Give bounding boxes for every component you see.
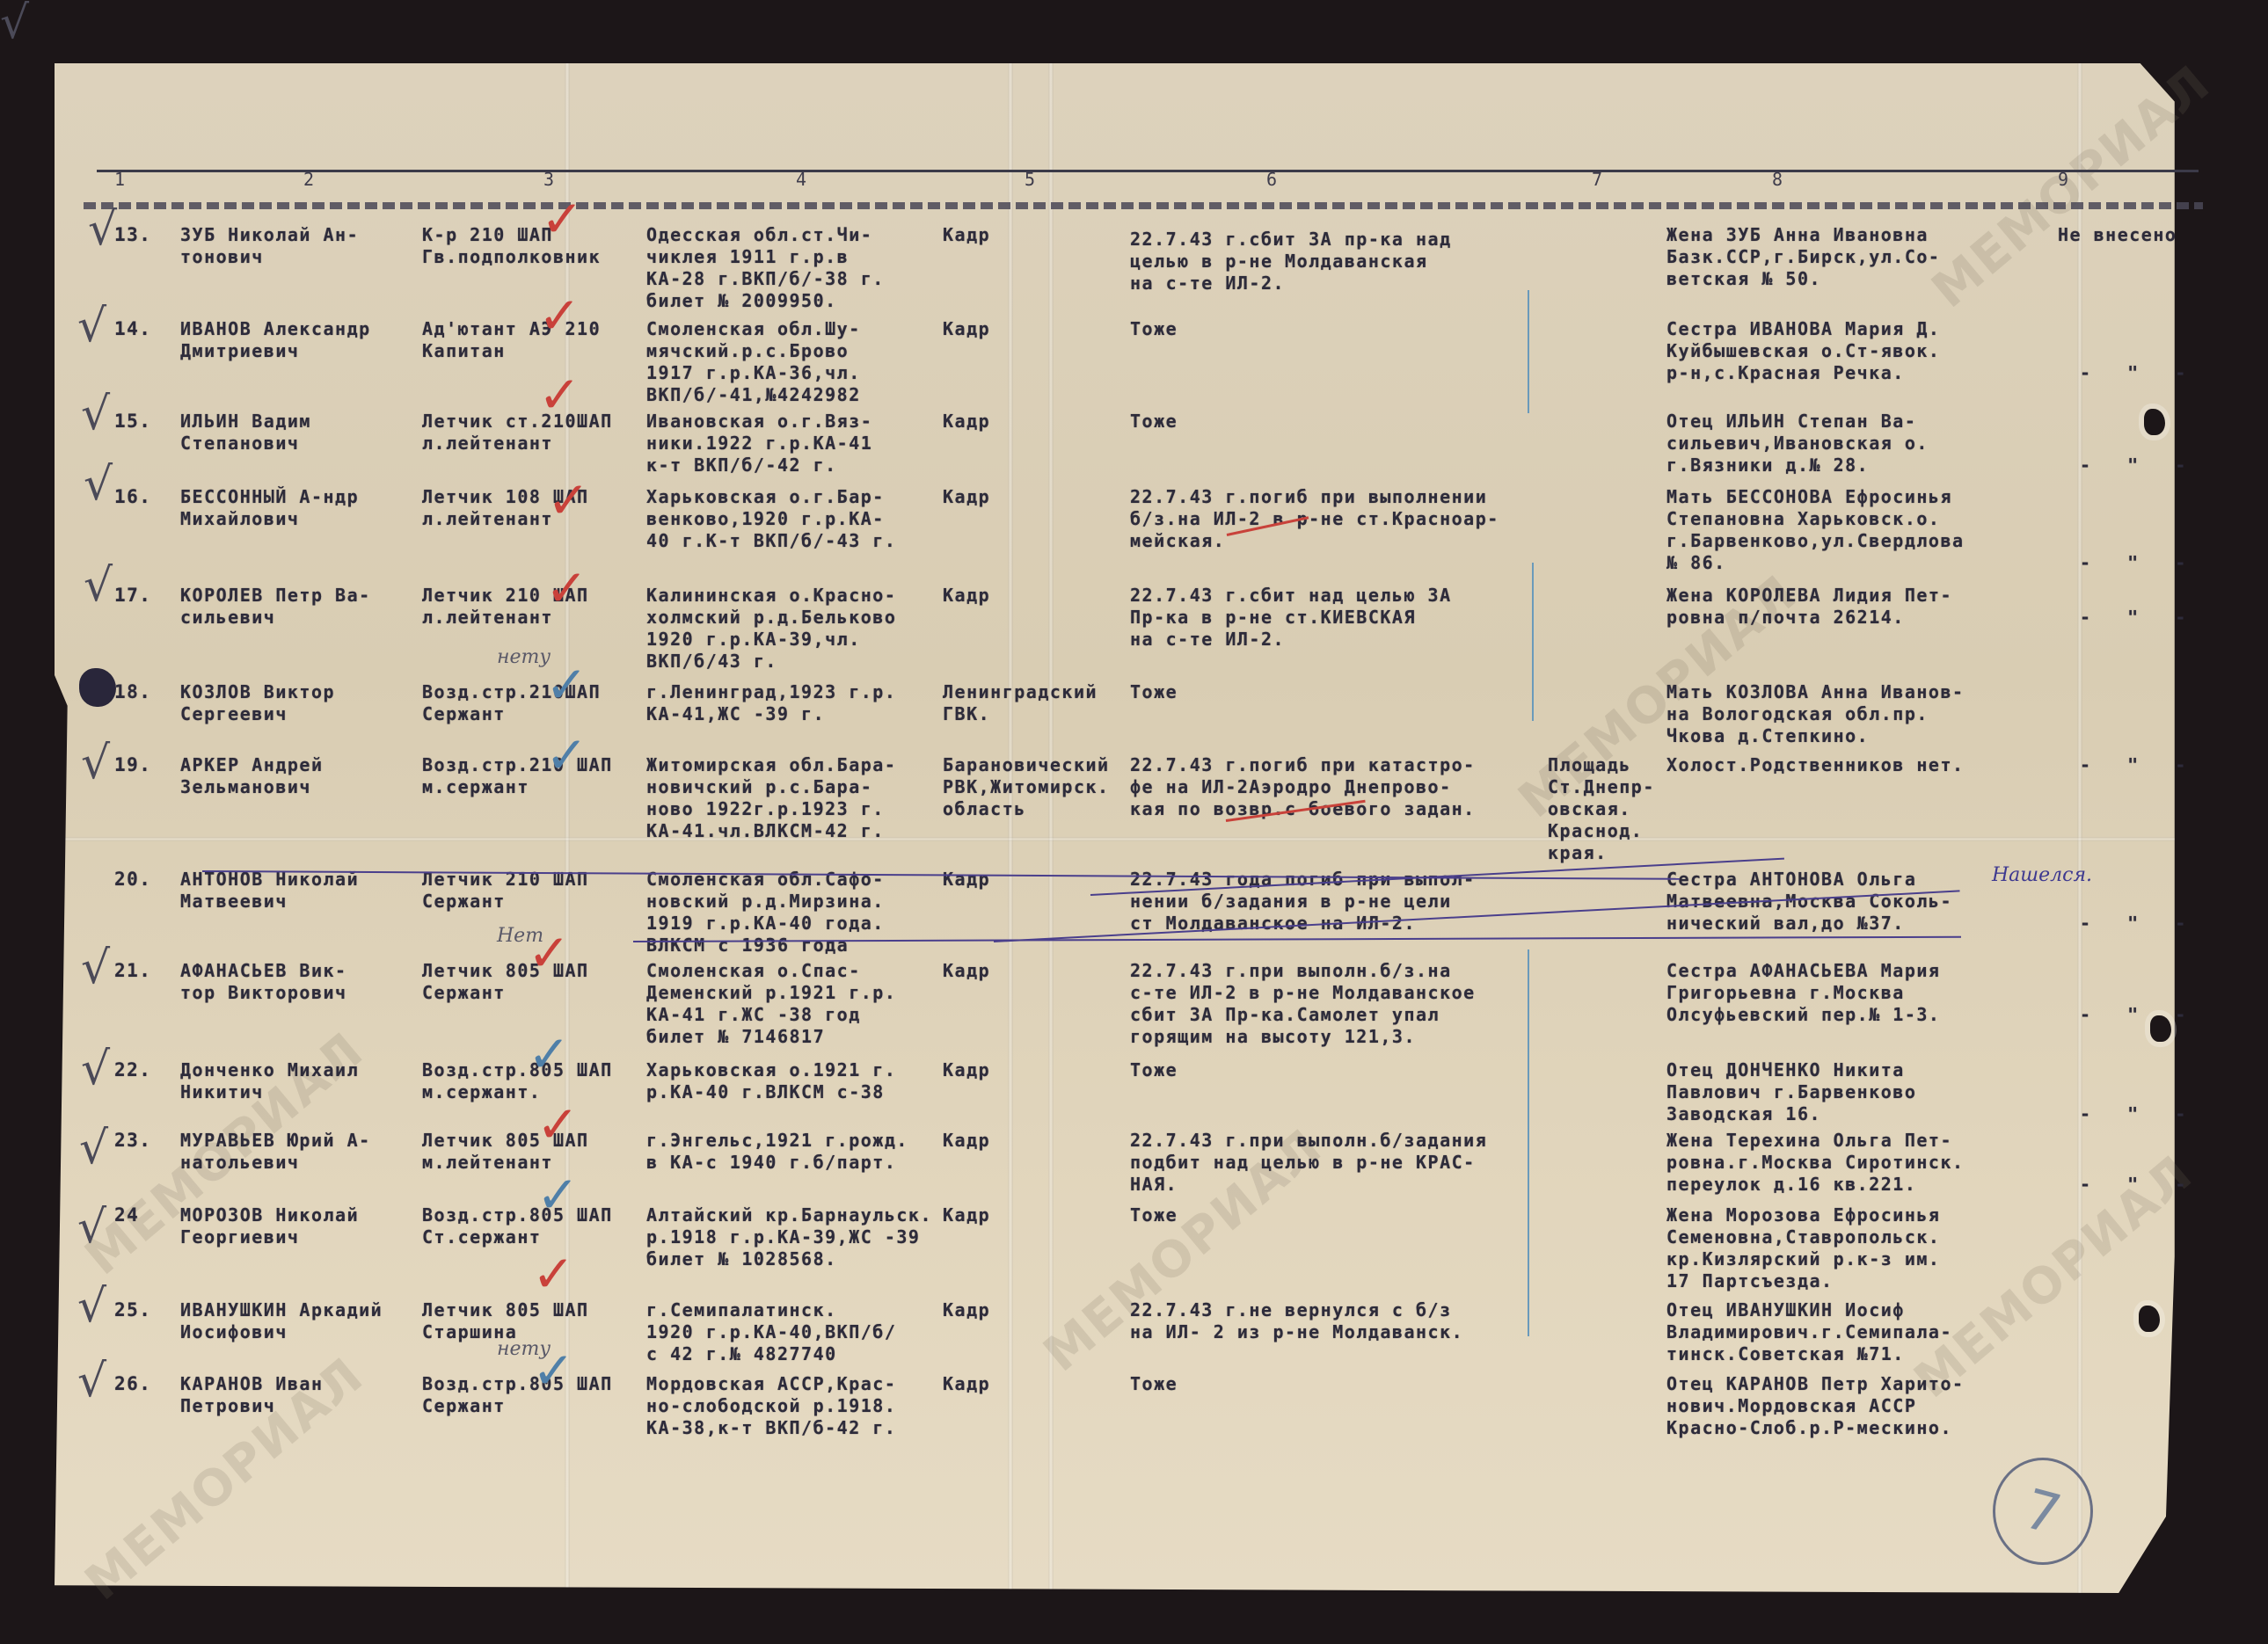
next-of-kin: Жена ЗУБ Анна Ивановна Базк.ССР,г.Бирск,… (1666, 224, 1940, 290)
row-number: 20. (114, 869, 151, 891)
conscription-source: Кадр (943, 1130, 990, 1152)
conscription-source: Барановический РВК,Житомирск. область (943, 754, 1110, 820)
person-name: КОРОЛЕВ Петр Ва- сильевич (180, 585, 371, 629)
row-number: 19. (114, 754, 151, 776)
entered-status: - " - (2080, 362, 2187, 384)
person-name: КОЗЛОВ Виктор Сергеевич (180, 681, 335, 725)
row-number: 18. (114, 681, 151, 703)
blue-check-mark: ✓ (528, 1029, 571, 1080)
person-name: АРКЕР Андрей Зельманович (180, 754, 324, 798)
rank-unit: Возд.стр.805 ШАП Сержант (422, 1373, 613, 1417)
birth-party-info: Харьковская о.г.Бар- венково,1920 г.р.КА… (646, 486, 896, 552)
rank-unit: Летчик 210 ШАП Сержант (422, 869, 589, 913)
entered-status: - " - (2080, 754, 2187, 776)
conscription-source: Кадр (943, 224, 990, 246)
handwritten-note: нету (497, 1338, 551, 1360)
birth-party-info: Алтайский кр.Барнаульск. р.1918 г.р.КА-3… (646, 1204, 932, 1270)
rank-unit: Летчик ст.210ШАП л.лейтенант (422, 411, 613, 455)
row-number: 23. (114, 1130, 151, 1152)
pen-check-mark: √ (77, 303, 106, 349)
header-dash-rule (84, 202, 2203, 209)
ink-blot (79, 668, 116, 707)
next-of-kin: Мать БЕССОНОВА Ефросинья Степановна Харь… (1666, 486, 1965, 574)
entered-status: - " - (2080, 455, 2187, 476)
punch-hole (2139, 1306, 2160, 1332)
birth-party-info: Смоленская обл.Шу- мячский.р.с.Брово 191… (646, 318, 861, 406)
rank-unit: Возд.стр.805 ШАП Ст.сержант (422, 1204, 613, 1248)
handwritten-note: нету (497, 646, 551, 668)
rank-unit: Возд.стр.805 ШАП м.сержант. (422, 1059, 613, 1103)
birth-party-info: Калининская о.Красно- холмский р.д.Бельк… (646, 585, 896, 673)
column-number: 4 (796, 169, 806, 190)
loss-circumstances: 22.7.43 г.сбит над целью ЗА Пр-ка в р-не… (1130, 585, 1452, 651)
next-of-kin: Отец ИЛЬИН Степан Ва- сильевич,Ивановска… (1666, 411, 1929, 476)
birth-party-info: г.Ленинград,1923 г.р. КА-41,ЖС -39 г. (646, 681, 896, 725)
loss-circumstances: 22.7.43 г.погиб при выполнении б/з.на ИЛ… (1130, 486, 1499, 552)
conscription-source: Кадр (943, 869, 990, 891)
entered-status: - " - (2080, 1174, 2187, 1196)
pen-check-mark: √ (77, 1358, 106, 1404)
column-number: 3 (543, 169, 554, 190)
loss-circumstances: Тоже (1130, 1204, 1178, 1226)
stamp-number: 7 (2017, 1476, 2067, 1547)
next-of-kin: Жена КОРОЛЕВА Лидия Пет- ровна п/почта 2… (1666, 585, 1952, 629)
red-check-mark: ✓ (547, 475, 590, 526)
next-of-kin: Сестра ИВАНОВА Мария Д. Куйбышевская о.С… (1666, 318, 1940, 384)
next-of-kin: Отец КАРАНОВ Петр Харито- нович.Мордовск… (1666, 1373, 1965, 1439)
column-number: 7 (1592, 169, 1602, 190)
next-of-kin: Жена Терехина Ольга Пет- ровна.г.Москва … (1666, 1130, 1965, 1196)
person-name: АНТОНОВ Николай Матвеевич (180, 869, 359, 913)
birth-party-info: Мордовская АССР,Крас- но-слободской р.19… (646, 1373, 896, 1439)
conscription-source: Кадр (943, 486, 990, 508)
pen-check-mark: √ (88, 207, 117, 252)
loss-circumstances: 22.7.43 г.при выполн.б/задания подбит на… (1130, 1130, 1487, 1196)
person-name: ИВАНУШКИН Аркадий Иосифович (180, 1299, 383, 1343)
birth-party-info: Смоленская о.Спас- Деменский р.1921 г.р.… (646, 960, 896, 1048)
entered-status: - " - (2080, 552, 2187, 574)
birth-party-info: Ивановская о.г.Вяз- ники.1922 г.р.КА-41 … (646, 411, 872, 476)
row-number: 26. (114, 1373, 151, 1395)
column-number: 5 (1025, 169, 1035, 190)
column-number: 8 (1772, 169, 1783, 190)
burial-place: Площадь Ст.Днепр- овская. Краснод. края. (1548, 754, 1655, 864)
red-check-mark: ✓ (538, 369, 581, 420)
person-name: МУРАВЬЕВ Юрий А- натольевич (180, 1130, 371, 1174)
fold-line (1008, 63, 1013, 1593)
red-check-mark: ✓ (541, 193, 584, 244)
conscription-source: Кадр (943, 585, 990, 607)
row-number: 25. (114, 1299, 151, 1321)
entered-status: Не внесено (2058, 224, 2177, 246)
birth-party-info: Смоленская обл.Сафо- новский р.д.Мирзина… (646, 869, 885, 957)
person-name: МОРОЗОВ Николай Георгиевич (180, 1204, 359, 1248)
rank-unit: Летчик 805 ШАП Старшина (422, 1299, 589, 1343)
pen-check-mark: √ (84, 462, 113, 507)
row-number: 21. (114, 960, 151, 982)
red-check-mark: ✓ (545, 563, 588, 614)
person-name: ИВАНОВ Александр Дмитриевич (180, 318, 371, 362)
red-check-mark: ✓ (532, 1248, 575, 1299)
birth-party-info: г.Семипалатинск. 1920 г.р.КА-40,ВКП/б/ с… (646, 1299, 896, 1365)
blue-check-mark: ✓ (545, 730, 588, 781)
loss-circumstances: 22.7.43 г.сбит ЗА пр-ка над целью в р-не… (1130, 229, 1452, 295)
conscription-source: Кадр (943, 318, 990, 340)
row-number: 17. (114, 585, 151, 607)
pen-check-mark: √ (77, 1284, 106, 1329)
pen-check-mark: √ (79, 1125, 108, 1171)
archive-page-stamp: 7 (1993, 1458, 2093, 1565)
column-number: 9 (2058, 169, 2068, 190)
loss-circumstances: Тоже (1130, 411, 1178, 433)
person-name: КАРАНОВ Иван Петрович (180, 1373, 324, 1417)
pen-check-mark: √ (81, 391, 110, 437)
pen-check-mark: √ (0, 0, 29, 46)
next-of-kin: Отец ДОНЧЕНКО Никита Павлович г.Барвенко… (1666, 1059, 1916, 1125)
pencil-line (1532, 563, 1534, 721)
handwritten-note: Нашелся. (1992, 864, 2092, 886)
header-rule (97, 170, 2199, 172)
next-of-kin: Сестра АФАНАСЬЕВА Мария Григорьевна г.Мо… (1666, 960, 1940, 1026)
pencil-line (1528, 949, 1529, 1336)
conscription-source: Кадр (943, 1373, 990, 1395)
fold-line (55, 837, 2205, 841)
pen-check-mark: √ (81, 740, 110, 786)
next-of-kin: Сестра АНТОНОВА Ольга Матвеевна,Москва С… (1666, 869, 1952, 935)
row-number: 22. (114, 1059, 151, 1081)
pen-check-mark: √ (84, 563, 113, 608)
red-check-mark: ✓ (538, 290, 581, 341)
entered-status: - " - (2080, 1103, 2187, 1125)
pen-check-mark: √ (81, 945, 110, 991)
blue-check-mark: ✓ (545, 659, 588, 710)
fold-line (1048, 63, 1054, 1593)
row-number: 24 (114, 1204, 139, 1226)
conscription-source: Кадр (943, 960, 990, 982)
entered-status: - " - (2080, 1004, 2187, 1026)
row-number: 14. (114, 318, 151, 340)
blue-check-mark: ✓ (536, 1169, 580, 1220)
loss-circumstances: Тоже (1130, 681, 1178, 703)
person-name: БЕССОННЫЙ А-ндр Михайлович (180, 486, 359, 530)
birth-party-info: Одесская обл.ст.Чи- чиклея 1911 г.р.в КА… (646, 224, 885, 312)
column-number: 1 (114, 169, 125, 190)
row-number: 13. (114, 224, 151, 246)
next-of-kin: Холост.Родственников нет. (1666, 754, 1965, 776)
loss-circumstances: Тоже (1130, 1373, 1178, 1395)
person-name: АФАНАСЬЕВ Вик- тор Викторович (180, 960, 347, 1004)
person-name: ИЛЬИН Вадим Степанович (180, 411, 311, 455)
fold-line (2077, 63, 2082, 1593)
birth-party-info: г.Энгельс,1921 г.рожд. в КА-с 1940 г.б/п… (646, 1130, 908, 1174)
next-of-kin: Отец ИВАНУШКИН Иосиф Владимирович.г.Семи… (1666, 1299, 1952, 1365)
punch-hole (2144, 409, 2165, 435)
pen-check-mark: √ (81, 1046, 110, 1092)
column-number: 6 (1266, 169, 1277, 190)
next-of-kin: Жена Морозова Ефросинья Семеновна,Ставро… (1666, 1204, 1940, 1292)
entered-status: - " - (2080, 913, 2187, 935)
loss-circumstances: 22.7.43 г.не вернулся с б/з на ИЛ- 2 из … (1130, 1299, 1463, 1343)
pencil-line (1528, 290, 1529, 413)
person-name: Донченко Михаил Никитич (180, 1059, 359, 1103)
row-number: 16. (114, 486, 151, 508)
conscription-source: Кадр (943, 411, 990, 433)
next-of-kin: Мать КОЗЛОВА Анна Иванов- на Вологодская… (1666, 681, 1965, 747)
loss-circumstances: Тоже (1130, 318, 1178, 340)
conscription-source: Кадр (943, 1299, 990, 1321)
entered-status: - " - (2080, 607, 2187, 629)
handwritten-note: Нет (497, 925, 543, 947)
red-check-mark: ✓ (536, 1099, 580, 1150)
loss-circumstances: Тоже (1130, 1059, 1178, 1081)
row-number: 15. (114, 411, 151, 433)
column-number: 2 (303, 169, 314, 190)
loss-circumstances: 22.7.43 г.при выполн.б/з.на с-те ИЛ-2 в … (1130, 960, 1476, 1048)
conscription-source: Ленинградский ГВК. (943, 681, 1098, 725)
conscription-source: Кадр (943, 1059, 990, 1081)
pen-check-mark: √ (77, 1204, 106, 1250)
conscription-source: Кадр (943, 1204, 990, 1226)
punch-hole (2150, 1015, 2171, 1042)
person-name: ЗУБ Николай Ан- тонович (180, 224, 359, 268)
birth-party-info: Харьковская о.1921 г. р.КА-40 г.ВЛКСМ с-… (646, 1059, 896, 1103)
birth-party-info: Житомирская обл.Бара- новичский р.с.Бара… (646, 754, 896, 842)
